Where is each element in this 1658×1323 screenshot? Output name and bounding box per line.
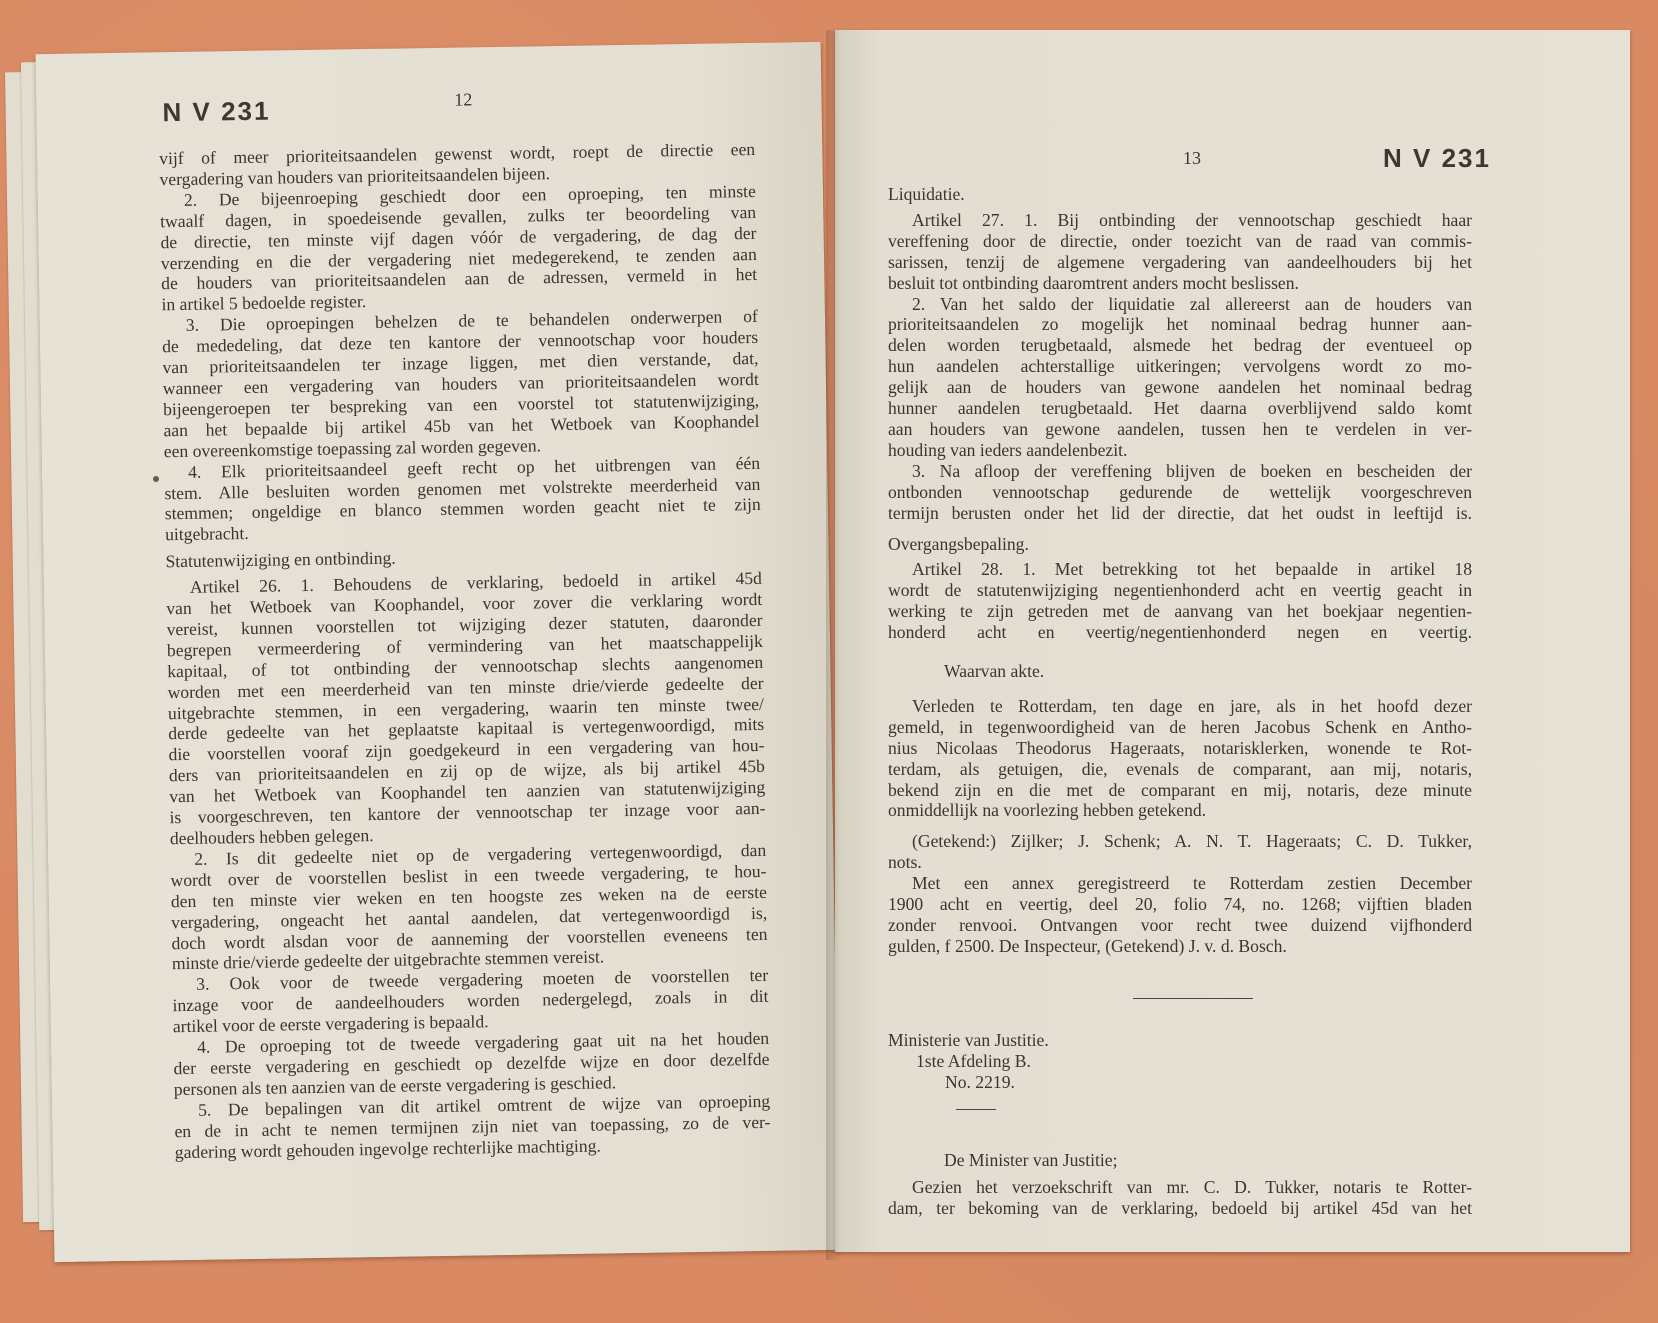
text-line: terdam, als getuigen, die, evenals de co… [888, 759, 1472, 780]
section-heading-liquidatie: Liquidatie. [888, 184, 1472, 205]
text-line: Artikel 27. 1. Bij ontbinding der vennoo… [888, 210, 1472, 231]
text-line: Verleden te Rotterdam, ten dage en jare,… [888, 696, 1472, 717]
ink-spot [153, 476, 159, 482]
number-line: No. 2219. [888, 1072, 1472, 1093]
text-line: houding van ieders aandelenbezit. [888, 440, 1472, 461]
section-heading: Statutenwijziging en ontbinding. [165, 542, 761, 572]
text-line: sarissen, tenzij de algemene vergadering… [888, 252, 1472, 273]
text-line: 3. Na afloop der vereffening blijven de … [888, 461, 1472, 482]
left-body-text: vijf of meer prioriteitsaandelen gewenst… [159, 139, 771, 1163]
text-line: vereffening door de directie, onder toez… [888, 231, 1472, 252]
text-line: zonder renvooi. Ontvangen voor recht twe… [888, 915, 1472, 936]
text-line: Gezien het verzoekschrift van mr. C. D. … [888, 1177, 1472, 1198]
text-line: delen worden terugbetaald, alsmede het b… [888, 335, 1472, 356]
text-line: ontbonden vennootschap gedurende de wett… [888, 482, 1472, 503]
text-line: 1900 acht en veertig, deel 20, folio 74,… [888, 894, 1472, 915]
text-line: hunner aandelen terugbetaald. Het daarna… [888, 398, 1472, 419]
text-line: Met een annex geregistreerd te Rotterdam… [888, 873, 1472, 894]
right-body-text: Liquidatie. Artikel 27. 1. Bij ontbindin… [888, 184, 1472, 957]
waarvan-akte: Waarvan akte. [888, 661, 1472, 682]
text-line: termijn berusten onder het lid der direc… [888, 503, 1472, 524]
page-number: 12 [454, 89, 472, 110]
text-line: dam, ter bekoming van de verklaring, bed… [888, 1198, 1472, 1219]
text-line: nots. [888, 852, 1472, 873]
text-line: wordt de statutenwijziging negentienhond… [888, 580, 1472, 601]
page-number: 13 [1183, 148, 1201, 169]
text-line: (Getekend:) Zijlker; J. Schenk; A. N. T.… [888, 831, 1472, 852]
document-code: N V 231 [1383, 143, 1491, 174]
text-line: onmiddellijk na voorlezing hebben geteke… [888, 800, 1472, 821]
text-line: gulden, f 2500. De Inspecteur, (Getekend… [888, 936, 1472, 957]
text-line: gemeld, in tegenwoordigheid van de heren… [888, 717, 1472, 738]
text-line: besluit tot ontbinding daaromtrent ander… [888, 273, 1472, 294]
text-line: nius Nicolaas Theodorus Hageraats, notar… [888, 738, 1472, 759]
minister-heading: De Minister van Justitie; [888, 1150, 1472, 1171]
ministerie-line: Ministerie van Justitie. [888, 1030, 1472, 1051]
text-line: prioriteitsaandelen zo mogelijk het nomi… [888, 314, 1472, 335]
minister-block: De Minister van Justitie; Gezien het ver… [888, 1150, 1472, 1219]
section-heading-overgangsbepaling: Overgangsbepaling. [888, 534, 1472, 555]
text-line: 2. Van het saldo der liquidatie zal alle… [888, 294, 1472, 315]
text-line: gelijk aan de houders van gewone aandele… [888, 377, 1472, 398]
text-line: hun aandelen achterstallige uitkeringen;… [888, 356, 1472, 377]
document-code: N V 231 [162, 96, 270, 129]
afdeling-line: 1ste Afdeling B. [888, 1051, 1472, 1072]
divider-rule [1133, 998, 1253, 999]
text-line: bekend zijn en die met de comparant en m… [888, 780, 1472, 801]
right-page: 13 N V 231 Liquidatie. Artikel 27. 1. Bi… [835, 30, 1630, 1252]
divider-rule-short [956, 1109, 996, 1110]
text-line: honderd acht en veertig/negentienhonderd… [888, 622, 1472, 643]
text-line: Artikel 28. 1. Met betrekking tot het be… [888, 559, 1472, 580]
left-page: N V 231 12 vijf of meer prioriteitsaande… [36, 42, 840, 1262]
text-line: aan houders van gewone aandelen, tussen … [888, 419, 1472, 440]
book-gutter [826, 30, 840, 1260]
ministerie-block: Ministerie van Justitie. 1ste Afdeling B… [888, 1030, 1472, 1093]
text-line: werking te zijn getreden met de aanvang … [888, 601, 1472, 622]
